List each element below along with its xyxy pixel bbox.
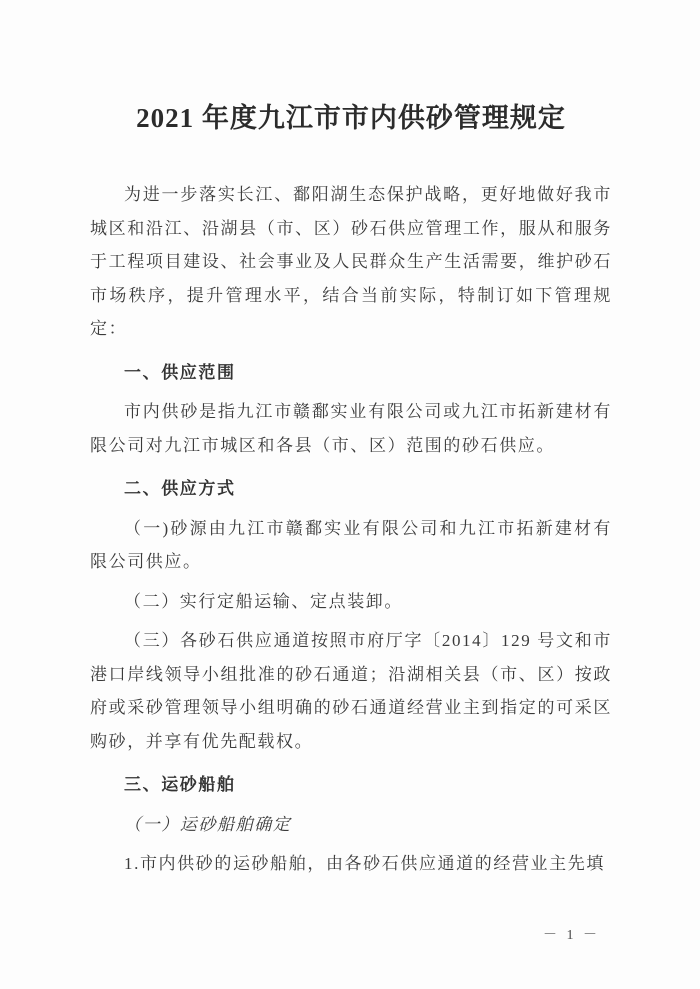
section-heading-1-supply-scope: 一、供应范围	[90, 356, 612, 390]
section-heading-2-supply-method: 二、供应方式	[90, 472, 612, 506]
intro-paragraph: 为进一步落实长江、鄱阳湖生态保护战略，更好地做好我市城区和沿江、沿湖县（市、区）…	[90, 178, 612, 346]
section-3-item-1-paragraph: 1.市内供砂的运砂船舶，由各砂石供应通道的经营业主先填	[90, 847, 612, 881]
page-number: － 1 －	[543, 924, 600, 944]
document-content: 2021 年度九江市市内供砂管理规定 为进一步落实长江、鄱阳湖生态保护战略，更好…	[0, 0, 700, 881]
section-heading-3-sand-transport-ships: 三、运砂船舶	[90, 768, 612, 802]
section-2-item-2-paragraph: （二）实行定船运输、定点装卸。	[90, 585, 612, 619]
document-title: 2021 年度九江市市内供砂管理规定	[90, 0, 612, 140]
document-page: 2021 年度九江市市内供砂管理规定 为进一步落实长江、鄱阳湖生态保护战略，更好…	[0, 0, 700, 989]
section-3-subheading-ship-determination: （一）运砂船舶确定	[90, 808, 612, 842]
section-1-paragraph: 市内供砂是指九江市赣鄱实业有限公司或九江市拓新建材有限公司对九江市城区和各县（市…	[90, 395, 612, 462]
section-2-item-1-paragraph: （一)砂源由九江市赣鄱实业有限公司和九江市拓新建材有限公司供应。	[90, 512, 612, 579]
section-2-item-3-paragraph: （三）各砂石供应通道按照市府厅字〔2014〕129 号文和市港口岸线领导小组批准…	[90, 624, 612, 758]
